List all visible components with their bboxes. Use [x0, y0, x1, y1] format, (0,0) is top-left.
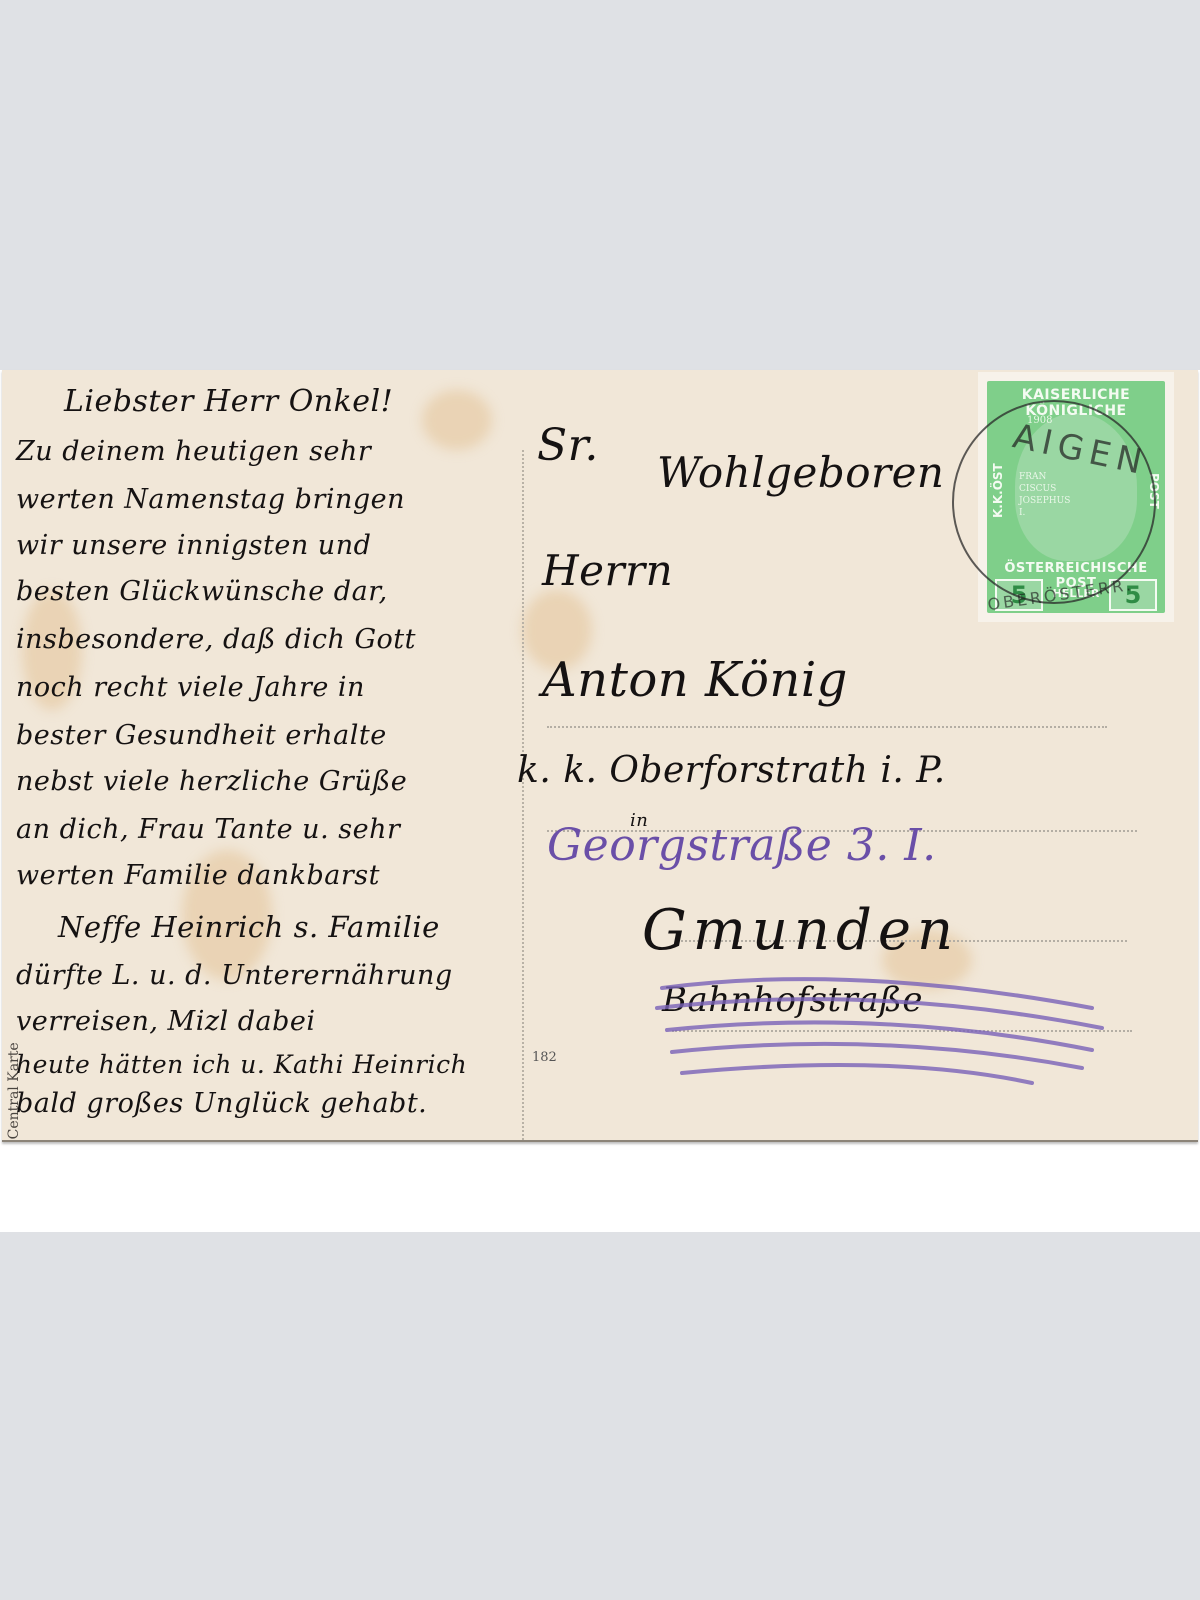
- address-name: Anton König: [542, 652, 848, 708]
- address-salutation: Sr.: [537, 420, 599, 471]
- message-line: bester Gesundheit erhalte: [16, 720, 387, 751]
- message-line: Zu deinem heutigen sehr: [16, 436, 371, 467]
- message-greeting: Liebster Herr Onkel!: [64, 384, 393, 419]
- message-line: insbesondere, daß dich Gott: [16, 624, 416, 655]
- address-rule: [547, 726, 1107, 728]
- message-line: werten Namenstag bringen: [16, 484, 405, 515]
- message-line: bald großes Unglück gehabt.: [16, 1088, 427, 1119]
- crossed-out-scribble: [652, 968, 1122, 1088]
- message-line: an dich, Frau Tante u. sehr: [16, 814, 400, 845]
- card-number: 182: [532, 1050, 557, 1065]
- message-line: nebst viele herzliche Grüße: [16, 766, 407, 797]
- stain: [422, 390, 492, 450]
- address-city: Gmunden: [642, 898, 959, 963]
- message-line: noch recht viele Jahre in: [16, 672, 365, 703]
- message-line: verreisen, Mizl dabei: [16, 1006, 316, 1037]
- message-line: wir unsere innigsten und: [16, 530, 371, 561]
- address-position: k. k. Oberforstrath i. P.: [517, 750, 946, 791]
- message-line: besten Glückwünsche dar,: [16, 576, 388, 607]
- address-title: Herrn: [542, 546, 673, 595]
- address-street: Georgstraße 3. I.: [547, 820, 937, 871]
- address-honorific: Wohlgeboren: [657, 448, 944, 497]
- message-line: dürfte L. u. d. Unterernährung: [16, 960, 453, 991]
- message-line: Neffe Heinrich s. Familie: [58, 910, 440, 944]
- message-line: werten Familie dankbarst: [16, 860, 380, 891]
- postcard: G. W. L. Central Karte Liebster Herr Onk…: [2, 370, 1198, 1142]
- message-line: heute hätten ich u. Kathi Heinrich: [16, 1050, 467, 1079]
- divider-line: [522, 450, 524, 1142]
